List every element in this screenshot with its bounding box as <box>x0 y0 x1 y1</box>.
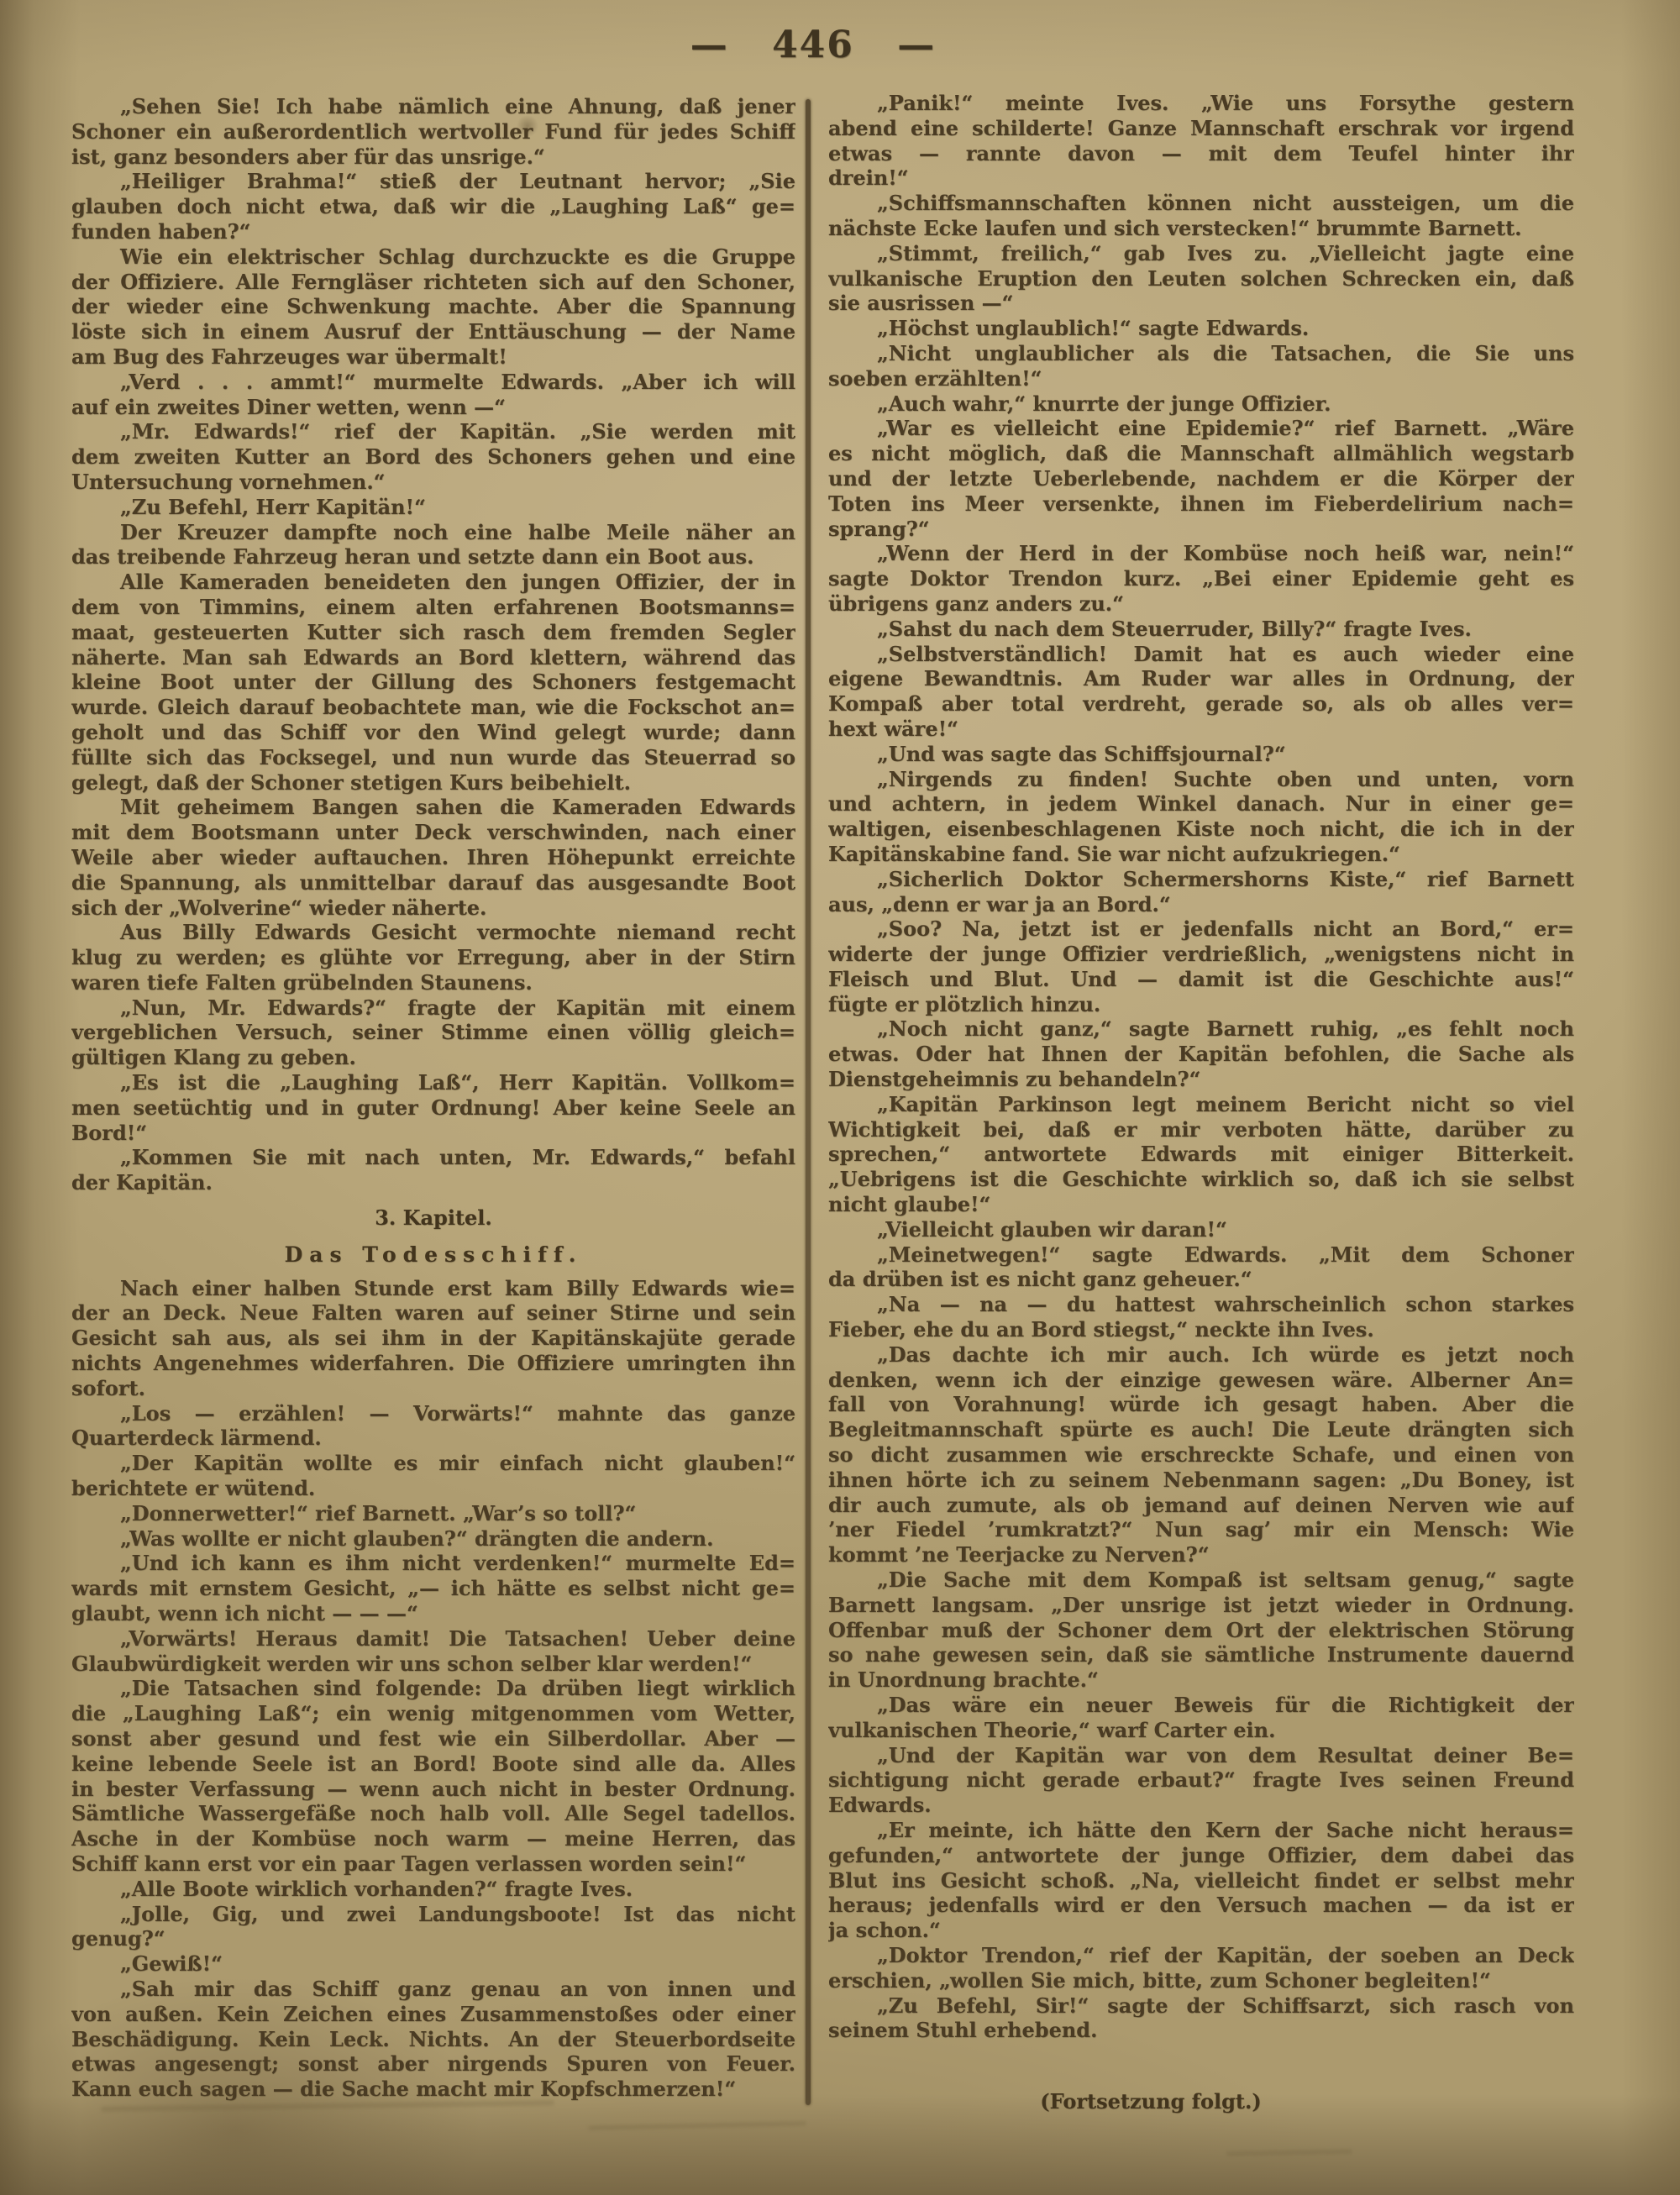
text-line: dir auch zumute, als ob jemand auf deine… <box>828 1493 1574 1518</box>
paragraph: „Die Tatsachen sind folgende: Da drüben … <box>71 1676 795 1876</box>
left-column: „Sehen Sie! Ich habe nämlich eine Ahnung… <box>71 94 795 2102</box>
text-line: berichtete er wütend. <box>71 1476 795 1501</box>
text-line: Blut ins Gesicht schoß. „Na, vielleicht … <box>828 1868 1574 1893</box>
text-line: gefunden,“ antwortete der junge Offizier… <box>828 1843 1574 1868</box>
text-line: glaubt, wenn ich nicht — — —“ <box>71 1601 795 1626</box>
text-line: widerte der junge Offizier verdrießlich,… <box>828 942 1574 967</box>
page-number: — 446 — <box>0 24 1626 66</box>
text-line: gelegt, daß der Schoner stetigen Kurs be… <box>71 770 795 796</box>
text-line: „Kommen Sie mit nach unten, Mr. Edwards,… <box>71 1145 795 1170</box>
text-line: auf ein zweites Diner wetten, wenn —“ <box>71 395 795 420</box>
text-line: „Gewiß!“ <box>71 1951 795 1977</box>
text-line: wurde. Gleich darauf beobachtete man, wi… <box>71 695 795 720</box>
text-line: geholt und das Schiff vor den Wind geleg… <box>71 720 795 745</box>
paragraph: „Das wäre ein neuer Beweis für die Richt… <box>828 1693 1574 1743</box>
text-line: glauben doch nicht etwa, daß wir die „La… <box>71 194 795 219</box>
text-line: Aus Billy Edwards Gesicht vermochte niem… <box>71 920 795 945</box>
text-line: näherte. Man sah Edwards an Bord kletter… <box>71 645 795 670</box>
text-line: (Fortsetzung folgt.) <box>828 2089 1473 2114</box>
text-line: in bester Verfassung — wenn auch nicht i… <box>71 1777 795 1802</box>
text-line: funden haben?“ <box>71 219 795 244</box>
paragraph: „Der Kapitän wollte es mir einfach nicht… <box>71 1451 795 1501</box>
text-line: hext wäre!“ <box>828 717 1574 742</box>
text-line: „Panik!“ meinte Ives. „Wie uns Forsythe … <box>828 91 1574 116</box>
text-line: der wieder eine Schwenkung machte. Aber … <box>71 294 795 319</box>
text-line: „Sah mir das Schiff ganz genau an von in… <box>71 1977 795 2002</box>
text-line: vulkanischen Theorie,“ warf Carter ein. <box>828 1718 1574 1743</box>
text-line: „Wenn der Herd in der Kombüse noch heiß … <box>828 541 1574 566</box>
text-line: „Das dachte ich mir auch. Ich würde es j… <box>828 1342 1574 1368</box>
paragraph: „Soo? Na, jetzt ist er jedenfalls nicht … <box>828 916 1574 1016</box>
text-line: nicht glaube!“ <box>828 1192 1574 1217</box>
text-line: „Soo? Na, jetzt ist er jedenfalls nicht … <box>828 916 1574 942</box>
text-line: fall von Vorahnung! würde ich gesagt hab… <box>828 1392 1574 1417</box>
paragraph: Wie ein elektrischer Schlag durchzuckte … <box>71 244 795 370</box>
text-line: „Zu Befehl, Herr Kapitän!“ <box>71 495 795 520</box>
text-line: „Und ich kann es ihm nicht verdenken!“ m… <box>71 1551 795 1576</box>
paragraph: „Sah mir das Schiff ganz genau an von in… <box>71 1977 795 2102</box>
text-line: Schiff kann erst vor ein paar Tagen verl… <box>71 1851 795 1877</box>
ink-smudge <box>588 2121 806 2129</box>
paragraph: „Und ich kann es ihm nicht verdenken!“ m… <box>71 1551 795 1625</box>
text-line: „Und was sagte das Schiffsjournal?“ <box>828 742 1574 767</box>
text-line: Offenbar muß der Schoner dem Ort der ele… <box>828 1618 1574 1643</box>
text-line: „Sehen Sie! Ich habe nämlich eine Ahnung… <box>71 94 795 119</box>
text-line: sofort. <box>71 1376 795 1401</box>
text-line: Der Kreuzer dampfte noch eine halbe Meil… <box>71 520 795 545</box>
text-line: drein!“ <box>828 165 1574 191</box>
text-line: da drüben ist es nicht ganz geheuer.“ <box>828 1267 1574 1292</box>
text-line: von außen. Kein Zeichen eines Zusammenst… <box>71 2002 795 2027</box>
text-line: „Die Sache mit dem Kompaß ist seltsam ge… <box>828 1567 1574 1593</box>
text-line: Wichtigkeit bei, daß er mir verboten hät… <box>828 1117 1574 1142</box>
paragraph: „Es ist die „Laughing Laß“, Herr Kapitän… <box>71 1070 795 1145</box>
text-line: kleine Boot unter der Gillung des Schone… <box>71 670 795 695</box>
text-line: men seetüchtig und in guter Ordnung! Abe… <box>71 1095 795 1121</box>
text-line: heraus; jedenfalls wird er den Versuch m… <box>828 1893 1574 1918</box>
paragraph: Aus Billy Edwards Gesicht vermochte niem… <box>71 920 795 995</box>
text-line: und achtern, in jedem Winkel danach. Nur… <box>828 791 1574 817</box>
text-line: es nicht möglich, daß die Mannschaft all… <box>828 441 1574 466</box>
text-line: „Zu Befehl, Sir!“ sagte der Schiffsarzt,… <box>828 1993 1574 2019</box>
text-line: nichts Angenehmes widerfahren. Die Offiz… <box>71 1351 795 1376</box>
paragraph: „Was wollte er nicht glauben?“ drängten … <box>71 1526 795 1552</box>
text-line: „Sicherlich Doktor Schermershorns Kiste,… <box>828 867 1574 892</box>
text-line: „Doktor Trendon,“ rief der Kapitän, der … <box>828 1943 1574 1968</box>
paragraph: „Die Sache mit dem Kompaß ist seltsam ge… <box>828 1567 1574 1693</box>
paragraph: „Alle Boote wirklich vorhanden?“ fragte … <box>71 1877 795 1902</box>
paragraph: „Und der Kapitän war von dem Resultat de… <box>828 1743 1574 1818</box>
text-line: mit dem Bootsmann unter Deck verschwinde… <box>71 820 795 845</box>
scanned-book-page: — 446 — „Sehen Sie! Ich habe nämlich ein… <box>0 0 1680 2195</box>
text-line: ihnen hörte ich zu seinem Nebenmann sage… <box>828 1468 1574 1493</box>
text-line: seinem Stuhl erhebend. <box>828 2018 1574 2043</box>
paragraph: „Sahst du nach dem Steuerruder, Billy?“ … <box>828 617 1574 642</box>
text-line: „Vielleicht glauben wir daran!“ <box>828 1217 1574 1242</box>
paragraph: „Panik!“ meinte Ives. „Wie uns Forsythe … <box>828 91 1574 191</box>
paragraph: Mit geheimem Bangen sahen die Kameraden … <box>71 795 795 920</box>
text-line: klug zu werden; es glühte vor Erregung, … <box>71 945 795 970</box>
text-line: „Und der Kapitän war von dem Resultat de… <box>828 1743 1574 1768</box>
paragraph: „Sehen Sie! Ich habe nämlich eine Ahnung… <box>71 94 795 169</box>
text-line: denken, wenn ich der einzige gewesen wär… <box>828 1368 1574 1393</box>
text-line: Weile aber wieder auftauchen. Ihren Höhe… <box>71 845 795 870</box>
paragraph: „Er meinte, ich hätte den Kern der Sache… <box>828 1818 1574 1943</box>
text-line: eigene Bewandtnis. Am Ruder war alles in… <box>828 666 1574 691</box>
text-line: abend eine schilderte! Ganze Mannschaft … <box>828 116 1574 141</box>
text-line: sichtigung nicht gerade erbaut?“ fragte … <box>828 1767 1574 1793</box>
text-line: Quarterdeck lärmend. <box>71 1426 795 1451</box>
paragraph: „Und was sagte das Schiffsjournal?“ <box>828 742 1574 767</box>
text-line: Fieber, ehe du an Bord stiegst,“ neckte … <box>828 1317 1574 1342</box>
text-line: „Vorwärts! Heraus damit! Die Tatsachen! … <box>71 1626 795 1652</box>
text-line: „Die Tatsachen sind folgende: Da drüben … <box>71 1676 795 1701</box>
paragraph: „Mr. Edwards!“ rief der Kapitän. „Sie we… <box>71 419 795 494</box>
paragraph: „Schiffsmannschaften können nicht ausste… <box>828 191 1574 241</box>
text-line: „Stimmt, freilich,“ gab Ives zu. „Vielle… <box>828 241 1574 266</box>
text-line: Mit geheimem Bangen sahen die Kameraden … <box>71 795 795 820</box>
text-line: am Bug des Fahrzeuges war übermalt! <box>71 344 795 370</box>
text-line: „Nicht unglaublicher als die Tatsachen, … <box>828 341 1574 366</box>
paragraph: „Heiliger Brahma!“ stieß der Leutnant he… <box>71 169 795 244</box>
text-line: waltigen, eisenbeschlagenen Kiste noch n… <box>828 817 1574 842</box>
column-divider-rule <box>806 99 811 2105</box>
text-line: Wie ein elektrischer Schlag durchzuckte … <box>71 244 795 270</box>
text-line: „Schiffsmannschaften können nicht ausste… <box>828 191 1574 216</box>
text-line: etwas angesengt; sonst aber nirgends Spu… <box>71 2051 795 2077</box>
text-line: „Heiliger Brahma!“ stieß der Leutnant he… <box>71 169 795 194</box>
text-line: die Spannung, als unmittelbar darauf das… <box>71 870 795 895</box>
paragraph: „Nirgends zu finden! Suchte oben und unt… <box>828 767 1574 867</box>
text-line: „Er meinte, ich hätte den Kern der Sache… <box>828 1818 1574 1843</box>
text-line: ist, ganz besonders aber für das unsrige… <box>71 144 795 170</box>
text-line: fügte er plötzlich hinzu. <box>828 992 1574 1017</box>
text-line: Fleisch und Blut. Und — damit ist die Ge… <box>828 967 1574 992</box>
ink-smudge <box>101 2100 554 2112</box>
text-line: löste sich in einem Ausruf der Enttäusch… <box>71 319 795 344</box>
text-line: Glaubwürdigkeit werden wir uns schon sel… <box>71 1652 795 1677</box>
text-line: „Jolle, Gig, und zwei Landungsboote! Ist… <box>71 1902 795 1927</box>
text-line: „Nun, Mr. Edwards?“ fragte der Kapitän m… <box>71 995 795 1021</box>
text-line: „Alle Boote wirklich vorhanden?“ fragte … <box>71 1877 795 1902</box>
paragraph: „Gewiß!“ <box>71 1951 795 1977</box>
text-line: „Verd . . . ammt!“ murmelte Edwards. „Ab… <box>71 370 795 395</box>
text-line: und der letzte Ueberlebende, nachdem er … <box>828 466 1574 491</box>
right-column: „Panik!“ meinte Ives. „Wie uns Forsythe … <box>828 91 1574 2114</box>
text-line: Sämtliche Wassergefäße noch halb voll. A… <box>71 1801 795 1826</box>
text-line: die „Laughing Laß“; ein wenig mitgenomme… <box>71 1701 795 1726</box>
paragraph: „Kapitän Parkinson legt meinem Bericht n… <box>828 1092 1574 1217</box>
paragraph: „Vielleicht glauben wir daran!“ <box>828 1217 1574 1242</box>
text-line: in Unordnung brachte.“ <box>828 1667 1574 1693</box>
text-line: Alle Kameraden beneideten den jungen Off… <box>71 570 795 595</box>
text-line: Begleitmannschaft spürte es auch! Die Le… <box>828 1417 1574 1442</box>
text-line: „Donnerwetter!“ rief Barnett. „War’s so … <box>71 1501 795 1526</box>
text-line: Gesicht sah aus, als sei ihm in der Kapi… <box>71 1326 795 1351</box>
text-line: füllte sich das Focksegel, und nun wurde… <box>71 745 795 770</box>
text-line: nächste Ecke laufen und sich verstecken!… <box>828 216 1574 241</box>
paragraph: „Sicherlich Doktor Schermershorns Kiste,… <box>828 867 1574 917</box>
text-line: ja schon.“ <box>828 1918 1574 1943</box>
text-line: genug?“ <box>71 1926 795 1951</box>
paragraph: „Vorwärts! Heraus damit! Die Tatsachen! … <box>71 1626 795 1677</box>
paragraph: „Nun, Mr. Edwards?“ fragte der Kapitän m… <box>71 995 795 1070</box>
text-line: erschien, „wollen Sie mich, bitte, zum S… <box>828 1968 1574 1993</box>
paragraph: „Stimmt, freilich,“ gab Ives zu. „Vielle… <box>828 241 1574 316</box>
paragraph: „Das dachte ich mir auch. Ich würde es j… <box>828 1342 1574 1567</box>
text-line: vergeblichen Versuch, seiner Stimme eine… <box>71 1020 795 1045</box>
paragraph: Der Kreuzer dampfte noch eine halbe Meil… <box>71 520 795 570</box>
text-line: „Selbstverständlich! Damit hat es auch w… <box>828 642 1574 667</box>
paragraph: „Selbstverständlich! Damit hat es auch w… <box>828 642 1574 742</box>
paragraph: „Doktor Trendon,“ rief der Kapitän, der … <box>828 1943 1574 1993</box>
paragraph: Alle Kameraden beneideten den jungen Off… <box>71 570 795 795</box>
text-line: „Mr. Edwards!“ rief der Kapitän. „Sie we… <box>71 419 795 444</box>
text-line: Untersuchung vornehmen.“ <box>71 470 795 495</box>
text-line: sonst aber gesund und fest wie ein Silbe… <box>71 1726 795 1751</box>
text-line: Toten ins Meer versenkte, ihnen im Fiebe… <box>828 491 1574 517</box>
text-line: gültigen Klang zu geben. <box>71 1045 795 1070</box>
text-line: Dienstgeheimnis zu behandeln?“ <box>828 1067 1574 1092</box>
paragraph: „Höchst unglaublich!“ sagte Edwards. <box>828 316 1574 341</box>
text-line: Kann euch sagen — die Sache macht mir Ko… <box>71 2077 795 2102</box>
chapter-title: Das Todesschiff. <box>71 1242 795 1268</box>
text-line: ’ner Fiedel ’rumkratzt?“ Nun sag’ mir ei… <box>828 1517 1574 1542</box>
text-line: der Kapitän. <box>71 1170 795 1195</box>
text-line: sich der „Wolverine“ wieder näherte. <box>71 895 795 921</box>
chapter-heading: 3. Kapitel. <box>71 1205 795 1231</box>
text-line: „Meinetwegen!“ sagte Edwards. „Mit dem S… <box>828 1242 1574 1268</box>
paragraph: „Auch wahr,“ knurrte der junge Offizier. <box>828 391 1574 417</box>
paragraph: „Nicht unglaublicher als die Tatsachen, … <box>828 341 1574 391</box>
continuation-note: (Fortsetzung folgt.) <box>828 2089 1574 2114</box>
text-line: vulkanische Eruption den Leuten solchen … <box>828 266 1574 291</box>
text-line: übrigens ganz anders zu.“ <box>828 591 1574 617</box>
text-line: sagte Doktor Trendon kurz. „Bei einer Ep… <box>828 566 1574 591</box>
text-line: „War es vielleicht eine Epidemie?“ rief … <box>828 416 1574 441</box>
text-line: aus, „denn er war ja an Bord.“ <box>828 892 1574 917</box>
text-line: dem zweiten Kutter an Bord des Schoners … <box>71 444 795 470</box>
text-line: Kapitänskabine fand. Sie war nicht aufzu… <box>828 842 1574 867</box>
text-line: „Höchst unglaublich!“ sagte Edwards. <box>828 316 1574 341</box>
paragraph: „Noch nicht ganz,“ sagte Barnett ruhig, … <box>828 1016 1574 1091</box>
text-line: etwas — rannte davon — mit dem Teufel hi… <box>828 141 1574 166</box>
text-line: dem von Timmins, einem alten erfahrenen … <box>71 595 795 620</box>
paragraph: „Jolle, Gig, und zwei Landungsboote! Ist… <box>71 1902 795 1952</box>
text-line: sprechen,“ antwortete Edwards mit einige… <box>828 1142 1574 1167</box>
text-line: Edwards. <box>828 1793 1574 1818</box>
text-line: der Offiziere. Alle Ferngläser richteten… <box>71 270 795 295</box>
text-line: soeben erzählten!“ <box>828 366 1574 391</box>
paragraph: „Wenn der Herd in der Kombüse noch heiß … <box>828 541 1574 616</box>
text-line: keine lebende Seele ist an Bord! Boote s… <box>71 1751 795 1777</box>
paragraph: „Los — erzählen! — Vorwärts!“ mahnte das… <box>71 1401 795 1452</box>
text-line: wards mit ernstem Gesicht, „— ich hätte … <box>71 1576 795 1601</box>
paragraph: „Verd . . . ammt!“ murmelte Edwards. „Ab… <box>71 370 795 420</box>
text-line: „Auch wahr,“ knurrte der junge Offizier. <box>828 391 1574 417</box>
text-line: „Es ist die „Laughing Laß“, Herr Kapitän… <box>71 1070 795 1095</box>
paragraph: „Zu Befehl, Sir!“ sagte der Schiffsarzt,… <box>828 1993 1574 2044</box>
text-line: Nach einer halben Stunde erst kam Billy … <box>71 1276 795 1301</box>
text-line: „Nirgends zu finden! Suchte oben und unt… <box>828 767 1574 792</box>
text-line: maat, gesteuerten Kutter sich rasch dem … <box>71 620 795 645</box>
text-line: „Was wollte er nicht glauben?“ drängten … <box>71 1526 795 1552</box>
text-line: kommt ’ne Teerjacke zu Nerven?“ <box>828 1542 1574 1567</box>
text-line: sie ausrissen —“ <box>828 291 1574 316</box>
text-line: „Das wäre ein neuer Beweis für die Richt… <box>828 1693 1574 1718</box>
text-line: „Uebrigens ist die Geschichte wirklich s… <box>828 1167 1574 1192</box>
text-line: „Der Kapitän wollte es mir einfach nicht… <box>71 1451 795 1476</box>
paragraph: „Kommen Sie mit nach unten, Mr. Edwards,… <box>71 1145 795 1195</box>
text-line: sprang?“ <box>828 517 1574 542</box>
text-line: „Noch nicht ganz,“ sagte Barnett ruhig, … <box>828 1016 1574 1042</box>
text-line: Asche in der Kombüse noch warm — meine H… <box>71 1826 795 1851</box>
text-line: „Sahst du nach dem Steuerruder, Billy?“ … <box>828 617 1574 642</box>
text-line: Beschädigung. Kein Leck. Nichts. An der … <box>71 2027 795 2052</box>
text-line: Das Todesschiff. <box>71 1242 795 1268</box>
text-line: „Kapitän Parkinson legt meinem Bericht n… <box>828 1092 1574 1117</box>
text-line: Barnett langsam. „Der unsrige ist jetzt … <box>828 1593 1574 1618</box>
text-line: waren tiefe Falten grübelnden Staunens. <box>71 970 795 995</box>
text-line: „Na — na — du hattest wahrscheinlich sch… <box>828 1292 1574 1317</box>
text-line: der an Deck. Neue Falten waren auf seine… <box>71 1300 795 1326</box>
paragraph: „Donnerwetter!“ rief Barnett. „War’s so … <box>71 1501 795 1526</box>
paragraph: „Na — na — du hattest wahrscheinlich sch… <box>828 1292 1574 1342</box>
paragraph: Nach einer halben Stunde erst kam Billy … <box>71 1276 795 1401</box>
text-line: etwas. Oder hat Ihnen der Kapitän befohl… <box>828 1042 1574 1067</box>
text-line: so dicht zusammen wie erschreckte Schafe… <box>828 1442 1574 1468</box>
text-line: Schoner ein außerordentlich wertvoller F… <box>71 119 795 144</box>
text-line: so nahe gewesen sein, daß sie sämtliche … <box>828 1642 1574 1667</box>
paragraph: „Zu Befehl, Herr Kapitän!“ <box>71 495 795 520</box>
text-line: Bord!“ <box>71 1121 795 1146</box>
paragraph: „War es vielleicht eine Epidemie?“ rief … <box>828 416 1574 541</box>
text-line: Kompaß aber total verdreht, gerade so, a… <box>828 691 1574 717</box>
ink-smudge <box>1226 2150 1352 2156</box>
text-line: das treibende Fahrzeug heran und setzte … <box>71 544 795 570</box>
paragraph: „Meinetwegen!“ sagte Edwards. „Mit dem S… <box>828 1242 1574 1293</box>
text-line: 3. Kapitel. <box>71 1205 795 1231</box>
text-line: „Los — erzählen! — Vorwärts!“ mahnte das… <box>71 1401 795 1426</box>
